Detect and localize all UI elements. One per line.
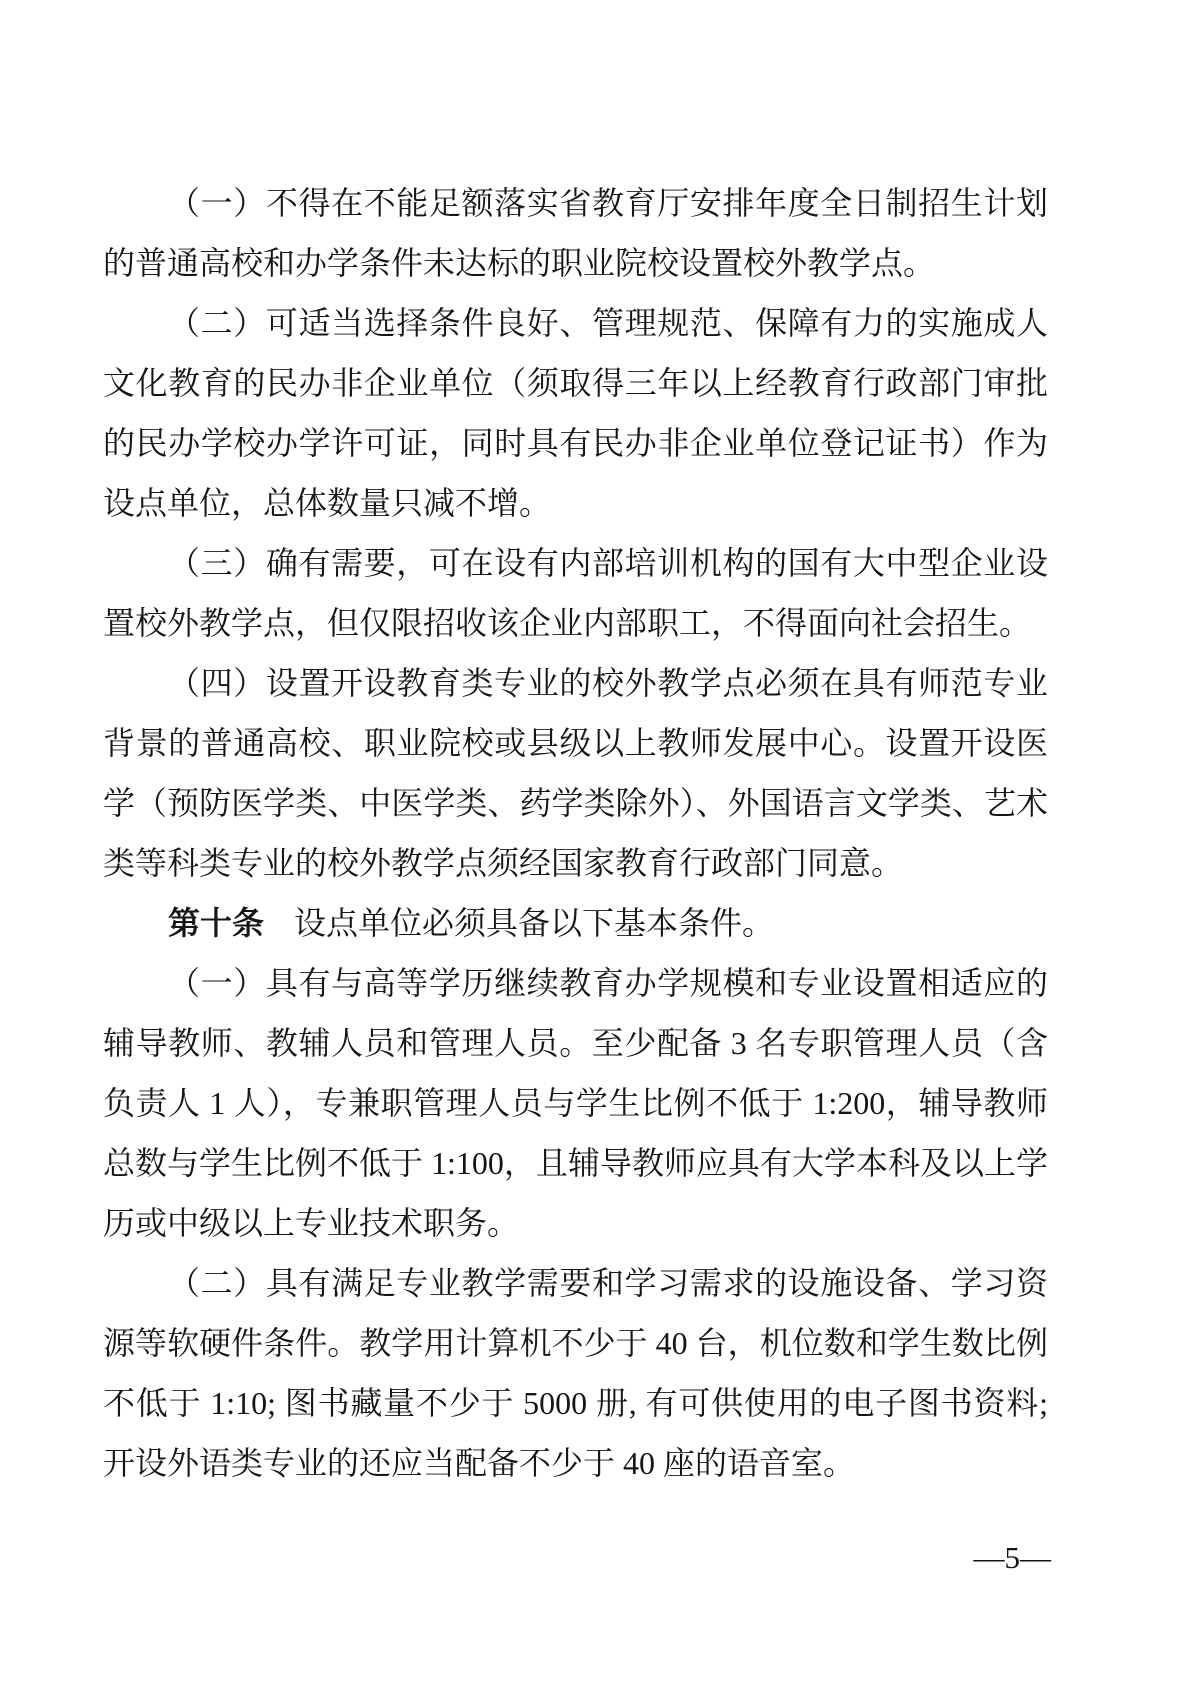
text-line: 源等软硬件条件。教学用计算机不少于 40 台，机位数和学生数比例 <box>103 1313 1048 1373</box>
article-number: 第十条 <box>168 905 264 941</box>
paragraph-clause-3: （三）确有需要，可在设有内部培训机构的国有大中型企业设 置校外教学点，但仅限招收… <box>103 533 1048 653</box>
text-line: （二）可适当选择条件良好、管理规范、保障有力的实施成人 <box>103 293 1048 353</box>
text-line: 学（预防医学类、中医学类、药学类除外）、外国语言文学类、艺术 <box>103 773 1048 833</box>
text-line: 开设外语类专业的还应当配备不少于 40 座的语音室。 <box>103 1433 1048 1493</box>
document-body: （一）不得在不能足额落实省教育厅安排年度全日制招生计划 的普通高校和办学条件未达… <box>103 173 1048 1493</box>
text-line: 置校外教学点，但仅限招收该企业内部职工，不得面向社会招生。 <box>103 593 1048 653</box>
text-line: 总数与学生比例不低于 1:100，且辅导教师应具有大学本科及以上学 <box>103 1133 1048 1193</box>
text-line: 负责人 1 人），专兼职管理人员与学生比例不低于 1:200，辅导教师 <box>103 1073 1048 1133</box>
text-line: 的民办学校办学许可证，同时具有民办非企业单位登记证书）作为 <box>103 413 1048 473</box>
text-line: 类等科类专业的校外教学点须经国家教育行政部门同意。 <box>103 833 1048 893</box>
paragraph-clause-4: （四）设置开设教育类专业的校外教学点必须在具有师范专业 背景的普通高校、职业院校… <box>103 653 1048 893</box>
text-line: 的普通高校和办学条件未达标的职业院校设置校外教学点。 <box>103 233 1048 293</box>
text-line: 历或中级以上专业技术职务。 <box>103 1193 1048 1253</box>
text-line: 背景的普通高校、职业院校或县级以上教师发展中心。设置开设医 <box>103 713 1048 773</box>
text-line: 辅导教师、教辅人员和管理人员。至少配备 3 名专职管理人员（含 <box>103 1013 1048 1073</box>
paragraph-clause-1: （一）不得在不能足额落实省教育厅安排年度全日制招生计划 的普通高校和办学条件未达… <box>103 173 1048 293</box>
article-10-heading-line: 第十条设点单位必须具备以下基本条件。 <box>103 893 1048 953</box>
paragraph-clause-10-2: （二）具有满足专业教学需要和学习需求的设施设备、学习资 源等软硬件条件。教学用计… <box>103 1253 1048 1493</box>
text-line: （四）设置开设教育类专业的校外教学点必须在具有师范专业 <box>103 653 1048 713</box>
text-line: （一）具有与高等学历继续教育办学规模和专业设置相适应的 <box>103 953 1048 1013</box>
document-page: （一）不得在不能足额落实省教育厅安排年度全日制招生计划 的普通高校和办学条件未达… <box>0 0 1191 1684</box>
text-line: （三）确有需要，可在设有内部培训机构的国有大中型企业设 <box>103 533 1048 593</box>
text-line: 不低于 1:10; 图书藏量不少于 5000 册, 有可供使用的电子图书资料; <box>103 1373 1048 1433</box>
text-line: 文化教育的民办非企业单位（须取得三年以上经教育行政部门审批 <box>103 353 1048 413</box>
text-line: （一）不得在不能足额落实省教育厅安排年度全日制招生计划 <box>103 173 1048 233</box>
text-line: （二）具有满足专业教学需要和学习需求的设施设备、学习资 <box>103 1253 1048 1313</box>
paragraph-clause-2: （二）可适当选择条件良好、管理规范、保障有力的实施成人 文化教育的民办非企业单位… <box>103 293 1048 533</box>
page-number: —5— <box>974 1538 1052 1578</box>
paragraph-clause-10-1: （一）具有与高等学历继续教育办学规模和专业设置相适应的 辅导教师、教辅人员和管理… <box>103 953 1048 1253</box>
article-heading-text: 设点单位必须具备以下基本条件。 <box>294 905 774 941</box>
text-line: 设点单位，总体数量只减不增。 <box>103 473 1048 533</box>
text-line: 第十条设点单位必须具备以下基本条件。 <box>103 893 1048 953</box>
